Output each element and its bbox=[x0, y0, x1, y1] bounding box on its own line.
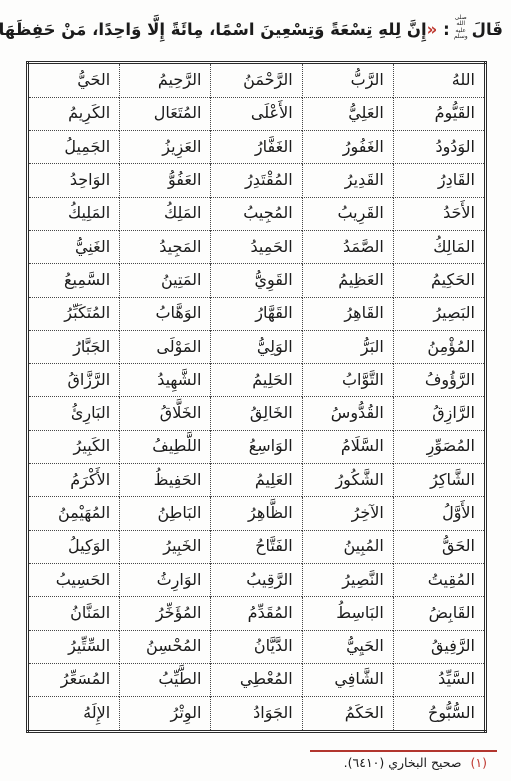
table-row: المُؤْمِنُالبَرُّالوَلِيُّالمَوْلَىالجَب… bbox=[28, 330, 486, 363]
footnote-number: (١) bbox=[471, 755, 488, 770]
table-row: الأَوَّلُالآخِرُالظَّاهِرُالبَاطِنُالمُه… bbox=[28, 497, 486, 530]
table-row: القَابِضُالبَاسِطُالمُقَدِّمُالمُؤَخِّرُ… bbox=[28, 597, 486, 630]
name-cell: الجَوَادُ bbox=[211, 697, 302, 732]
name-cell: المُسَعِّرُ bbox=[28, 663, 120, 696]
name-cell: الوَلِيُّ bbox=[211, 330, 302, 363]
name-cell: السَّلَامُ bbox=[302, 430, 393, 463]
name-cell: المَجِيدُ bbox=[120, 230, 211, 263]
name-cell: الغَفَّارُ bbox=[211, 131, 302, 164]
name-cell: القَادِرُ bbox=[393, 164, 485, 197]
name-cell: البَاطِنُ bbox=[120, 497, 211, 530]
name-cell: الحَمِيدُ bbox=[211, 230, 302, 263]
name-cell: الحَيُّ bbox=[28, 63, 120, 98]
name-cell: العَزِيزُ bbox=[120, 131, 211, 164]
saw-ligature-icon: صلى الله عليه وسلم bbox=[451, 15, 471, 40]
name-cell: القَرِيبُ bbox=[302, 197, 393, 230]
table-row: الأَحَدُالقَرِيبُالمُجِيبُالمَلِكُالمَلِ… bbox=[28, 197, 486, 230]
name-cell: الرَّازِقُ bbox=[393, 397, 485, 430]
table-row: القَيُّومُالعَلِيُّالأَعْلَىالمُتَعَالال… bbox=[28, 97, 486, 130]
name-cell: القُدُّوسُ bbox=[302, 397, 393, 430]
name-cell: الشَّافِي bbox=[302, 663, 393, 696]
name-cell: الجَبَّارُ bbox=[28, 330, 120, 363]
name-cell: الآخِرُ bbox=[302, 497, 393, 530]
name-cell: الوَكِيلُ bbox=[28, 530, 120, 563]
name-cell: الوَدُودُ bbox=[393, 131, 485, 164]
table-row: السَّيِّدُالشَّافِيالمُعْطِيالطَّيِّبُال… bbox=[28, 663, 486, 696]
name-cell: العَفُوُّ bbox=[120, 164, 211, 197]
footnote-separator-line bbox=[310, 750, 497, 752]
open-quote-mark: « bbox=[427, 20, 438, 39]
name-cell: الرَّؤُوفُ bbox=[393, 364, 485, 397]
name-cell: الشَّكُورُ bbox=[302, 464, 393, 497]
name-cell: الصَّمَدُ bbox=[302, 230, 393, 263]
table-row: الحَقُّالمُبِينُالفَتَّاحُالخَبِيرُالوَك… bbox=[28, 530, 486, 563]
table-row: الرَّؤُوفُالتَّوَّابُالحَلِيمُالشَّهِيدُ… bbox=[28, 364, 486, 397]
table-row: اللهُالرَّبُّالرَّحْمَنُالرَّحِيمُالحَيُ… bbox=[28, 63, 486, 98]
name-cell: المُتَعَال bbox=[120, 97, 211, 130]
name-cell: البَرُّ bbox=[302, 330, 393, 363]
name-cell: الأَحَدُ bbox=[393, 197, 485, 230]
name-cell: الرَّزَّاقُ bbox=[28, 364, 120, 397]
name-cell: السِّتِّيرُ bbox=[28, 630, 120, 663]
name-cell: الحَكِيمُ bbox=[393, 264, 485, 297]
name-cell: الوَهَّابُ bbox=[120, 297, 211, 330]
table-row: السُّبُّوحُالحَكَمُالجَوَادُالوِتْرُالإِ… bbox=[28, 697, 486, 732]
name-cell: الخَلَّاقُ bbox=[120, 397, 211, 430]
name-cell: الحَلِيمُ bbox=[211, 364, 302, 397]
name-cell: المُتَكَبِّرُ bbox=[28, 297, 120, 330]
name-cell: القَهَّارُ bbox=[211, 297, 302, 330]
name-cell: المُجِيبُ bbox=[211, 197, 302, 230]
table-row: الحَكِيمُالعَظِيمُالقَوِيُّالمَتِينُالسَ… bbox=[28, 264, 486, 297]
name-cell: النَّصِيرُ bbox=[302, 563, 393, 596]
name-cell: الدَّيَّانُ bbox=[211, 630, 302, 663]
footnote-text: صحيح البخاري (٦٤١٠). bbox=[344, 755, 462, 770]
name-cell: المُقِيتُ bbox=[393, 563, 485, 596]
name-cell: العَلِيمُ bbox=[211, 464, 302, 497]
table-row: المَالِكُالصَّمَدُالحَمِيدُالمَجِيدُالغَ… bbox=[28, 230, 486, 263]
table-row: البَصِيرُالقَاهِرُالقَهَّارُالوَهَّابُال… bbox=[28, 297, 486, 330]
name-cell: الكَرِيمُ bbox=[28, 97, 120, 130]
name-cell: الجَمِيلُ bbox=[28, 131, 120, 164]
name-cell: المَلِيكُ bbox=[28, 197, 120, 230]
names-of-allah-table: اللهُالرَّبُّالرَّحْمَنُالرَّحِيمُالحَيُ… bbox=[26, 61, 487, 733]
name-cell: الشَّهِيدُ bbox=[120, 364, 211, 397]
name-cell: العَظِيمُ bbox=[302, 264, 393, 297]
name-cell: المُقْتَدِرُ bbox=[211, 164, 302, 197]
table-row: المُصَوِّرِالسَّلَامُالوَاسِعُاللَّطِيفُ… bbox=[28, 430, 486, 463]
name-cell: القَوِيُّ bbox=[211, 264, 302, 297]
name-cell: الوَاسِعُ bbox=[211, 430, 302, 463]
name-cell: المُعْطِي bbox=[211, 663, 302, 696]
name-cell: الأَعْلَى bbox=[211, 97, 302, 130]
name-cell: الرَّحِيمُ bbox=[120, 63, 211, 98]
name-cell: البَصِيرُ bbox=[393, 297, 485, 330]
hadith-quote-text: إِنَّ لِلهِ تِسْعَةً وَتِسْعِينَ اسْمًا،… bbox=[0, 20, 427, 39]
table-row: الوَدُودُالغَفُورُالغَفَّارُالعَزِيزُالج… bbox=[28, 131, 486, 164]
name-cell: القَاهِرُ bbox=[302, 297, 393, 330]
name-cell: البَارِئُ bbox=[28, 397, 120, 430]
name-cell: المَنَّانُ bbox=[28, 597, 120, 630]
name-cell: الكَبِيرُ bbox=[28, 430, 120, 463]
table-row: الرَّفِيقُالحَيِيُّالدَّيَّانُالمُحْسِنُ… bbox=[28, 630, 486, 663]
name-cell: الوَاحِدُ bbox=[28, 164, 120, 197]
name-cell: الرَّفِيقُ bbox=[393, 630, 485, 663]
name-cell: العَلِيُّ bbox=[302, 97, 393, 130]
name-cell: الرَّقِيبُ bbox=[211, 563, 302, 596]
name-cell: الحَكَمُ bbox=[302, 697, 393, 732]
table-row: الشَّاكِرُالشَّكُورُالعَلِيمُالحَفِيظُال… bbox=[28, 464, 486, 497]
name-cell: المَوْلَى bbox=[120, 330, 211, 363]
name-cell: البَاسِطُ bbox=[302, 597, 393, 630]
name-cell: المُؤْمِنُ bbox=[393, 330, 485, 363]
name-cell: الخَالِقُ bbox=[211, 397, 302, 430]
name-cell: الظَّاهِرُ bbox=[211, 497, 302, 530]
name-cell: الرَّحْمَنُ bbox=[211, 63, 302, 98]
name-cell: المُهَيْمِنُ bbox=[28, 497, 120, 530]
name-cell: الخَبِيرُ bbox=[120, 530, 211, 563]
name-cell: اللَّطِيفُ bbox=[120, 430, 211, 463]
name-cell: المُؤَخِّرُ bbox=[120, 597, 211, 630]
table-row: القَادِرُالقَدِيرُالمُقْتَدِرُالعَفُوُّا… bbox=[28, 164, 486, 197]
name-cell: الحَقُّ bbox=[393, 530, 485, 563]
hadith-header: قَالَصلى الله عليه وسلم: «إِنَّ لِلهِ تِ… bbox=[8, 12, 503, 55]
book-page: قَالَصلى الله عليه وسلم: «إِنَّ لِلهِ تِ… bbox=[0, 0, 511, 781]
footnote: (١)صحيح البخاري (٦٤١٠). bbox=[344, 754, 487, 772]
names-table-body: اللهُالرَّبُّالرَّحْمَنُالرَّحِيمُالحَيُ… bbox=[28, 63, 486, 732]
name-cell: المَلِكُ bbox=[120, 197, 211, 230]
name-cell: القَيُّومُ bbox=[393, 97, 485, 130]
name-cell: المُبِينُ bbox=[302, 530, 393, 563]
name-cell: اللهُ bbox=[393, 63, 485, 98]
name-cell: الوِتْرُ bbox=[120, 697, 211, 732]
name-cell: الحَفِيظُ bbox=[120, 464, 211, 497]
hadith-speaker: قَالَ bbox=[472, 20, 503, 39]
name-cell: المَتِينُ bbox=[120, 264, 211, 297]
name-cell: الأَوَّلُ bbox=[393, 497, 485, 530]
name-cell: التَّوَّابُ bbox=[302, 364, 393, 397]
name-cell: الإِلَهُ bbox=[28, 697, 120, 732]
name-cell: الطَّيِّبُ bbox=[120, 663, 211, 696]
name-cell: القَدِيرُ bbox=[302, 164, 393, 197]
name-cell: الفَتَّاحُ bbox=[211, 530, 302, 563]
name-cell: الرَّبُّ bbox=[302, 63, 393, 98]
name-cell: المُحْسِنُ bbox=[120, 630, 211, 663]
name-cell: القَابِضُ bbox=[393, 597, 485, 630]
name-cell: الغَفُورُ bbox=[302, 131, 393, 164]
name-cell: الشَّاكِرُ bbox=[393, 464, 485, 497]
name-cell: المُقَدِّمُ bbox=[211, 597, 302, 630]
name-cell: السُّبُّوحُ bbox=[393, 697, 485, 732]
hadith-colon: : bbox=[443, 20, 450, 39]
name-cell: الغَنِيُّ bbox=[28, 230, 120, 263]
name-cell: المَالِكُ bbox=[393, 230, 485, 263]
name-cell: الحَسِيبُ bbox=[28, 563, 120, 596]
name-cell: الأَكْرَمُ bbox=[28, 464, 120, 497]
name-cell: السَّمِيعُ bbox=[28, 264, 120, 297]
name-cell: السَّيِّدُ bbox=[393, 663, 485, 696]
name-cell: الحَيِيُّ bbox=[302, 630, 393, 663]
table-row: المُقِيتُالنَّصِيرُالرَّقِيبُالوَارِثُال… bbox=[28, 563, 486, 596]
name-cell: الوَارِثُ bbox=[120, 563, 211, 596]
table-row: الرَّازِقُالقُدُّوسُالخَالِقُالخَلَّاقُا… bbox=[28, 397, 486, 430]
name-cell: المُصَوِّرِ bbox=[393, 430, 485, 463]
